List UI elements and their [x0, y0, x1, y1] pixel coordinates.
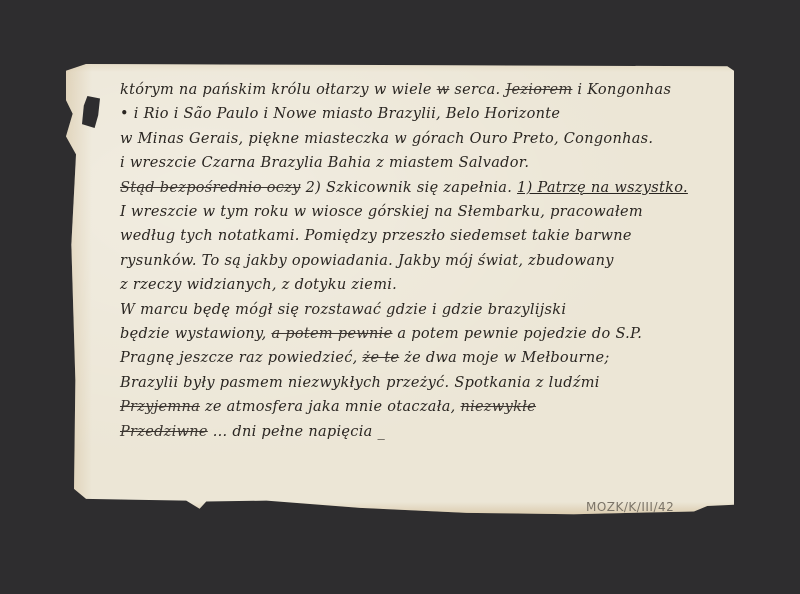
manuscript-line: z rzeczy widzianych, z dotyku ziemi. [120, 273, 720, 297]
crossed-out-text: a potem pewnie [271, 326, 392, 342]
manuscript-line: • i Rio i São Paulo i Nowe miasto Brazyl… [120, 102, 720, 126]
archive-signature: MOZK/K/III/42 [586, 500, 674, 514]
line-text: W marcu będę mógł się rozstawać gdzie i … [120, 302, 566, 318]
manuscript-line: Pragnę jeszcze raz powiedzieć, że te że … [120, 346, 720, 370]
manuscript-line: W marcu będę mógł się rozstawać gdzie i … [120, 298, 720, 322]
manuscript-line: Przyjemna ze atmosfera jaka mnie otaczał… [120, 395, 720, 419]
line-text: I wreszcie w tym roku w wiosce górskiej … [120, 204, 643, 220]
manuscript-line: w Minas Gerais, piękne miasteczka w góra… [120, 127, 720, 151]
line-text: ze atmosfera jaka mnie otaczała, [200, 399, 460, 415]
crossed-out-text: Przyjemna [120, 399, 200, 415]
manuscript-line: I wreszcie w tym roku w wiosce górskiej … [120, 200, 720, 224]
line-text: ... dni pełne napięcia _ [208, 424, 385, 440]
manuscript-line: będzie wystawiony, a potem pewnie a pote… [120, 322, 720, 346]
line-text: • i Rio i São Paulo i Nowe miasto Brazyl… [120, 106, 560, 122]
line-text: i wreszcie Czarna Brazylia Bahia z miast… [120, 155, 529, 171]
line-text: według tych notatkami. Pomiędzy przeszło… [120, 228, 632, 244]
line-text: Pragnę jeszcze raz powiedzieć, [120, 350, 363, 366]
manuscript-line: Brazylii były pasmem niezwykłych przeżyć… [120, 371, 720, 395]
manuscript-line: którym na pańskim królu ołtarzy w wiele … [120, 78, 720, 102]
line-text: 2) Szkicownik się zapełnia. [301, 180, 517, 196]
line-text: będzie wystawiony, [120, 326, 271, 342]
manuscript-line: Przedziwne ... dni pełne napięcia _ [120, 420, 720, 444]
handwritten-text: którym na pańskim królu ołtarzy w wiele … [120, 78, 720, 444]
line-text: z rzeczy widzianych, z dotyku ziemi. [120, 277, 397, 293]
manuscript-line: rysunków. To są jakby opowiadania. Jakby… [120, 249, 720, 273]
crossed-out-text: w [437, 82, 450, 98]
line-text: że dwa moje w Mełbourne; [399, 350, 609, 366]
scan-background: którym na pańskim królu ołtarzy w wiele … [0, 0, 800, 594]
crossed-out-text: Jeziorem [505, 82, 572, 98]
manuscript-line: i wreszcie Czarna Brazylia Bahia z miast… [120, 151, 720, 175]
underlined-text: 1) Patrzę na wszystko. [517, 180, 688, 196]
line-text: Brazylii były pasmem niezwykłych przeżyć… [120, 375, 600, 391]
manuscript-line: Stąd bezpośrednio oczy 2) Szkicownik się… [120, 176, 720, 200]
line-text: a potem pewnie pojedzie do S.P. [393, 326, 643, 342]
crossed-out-text: Stąd bezpośrednio oczy [120, 180, 301, 196]
crossed-out-text: niezwykłe [460, 399, 536, 415]
manuscript-line: według tych notatkami. Pomiędzy przeszło… [120, 224, 720, 248]
crossed-out-text: Przedziwne [120, 424, 208, 440]
crossed-out-text: że te [363, 350, 400, 366]
line-text: serca. [449, 82, 505, 98]
line-text: i Kongonhas [572, 82, 671, 98]
line-text: którym na pańskim królu ołtarzy w wiele [120, 82, 437, 98]
line-text: rysunków. To są jakby opowiadania. Jakby… [120, 253, 614, 269]
line-text: w Minas Gerais, piękne miasteczka w góra… [120, 131, 653, 147]
